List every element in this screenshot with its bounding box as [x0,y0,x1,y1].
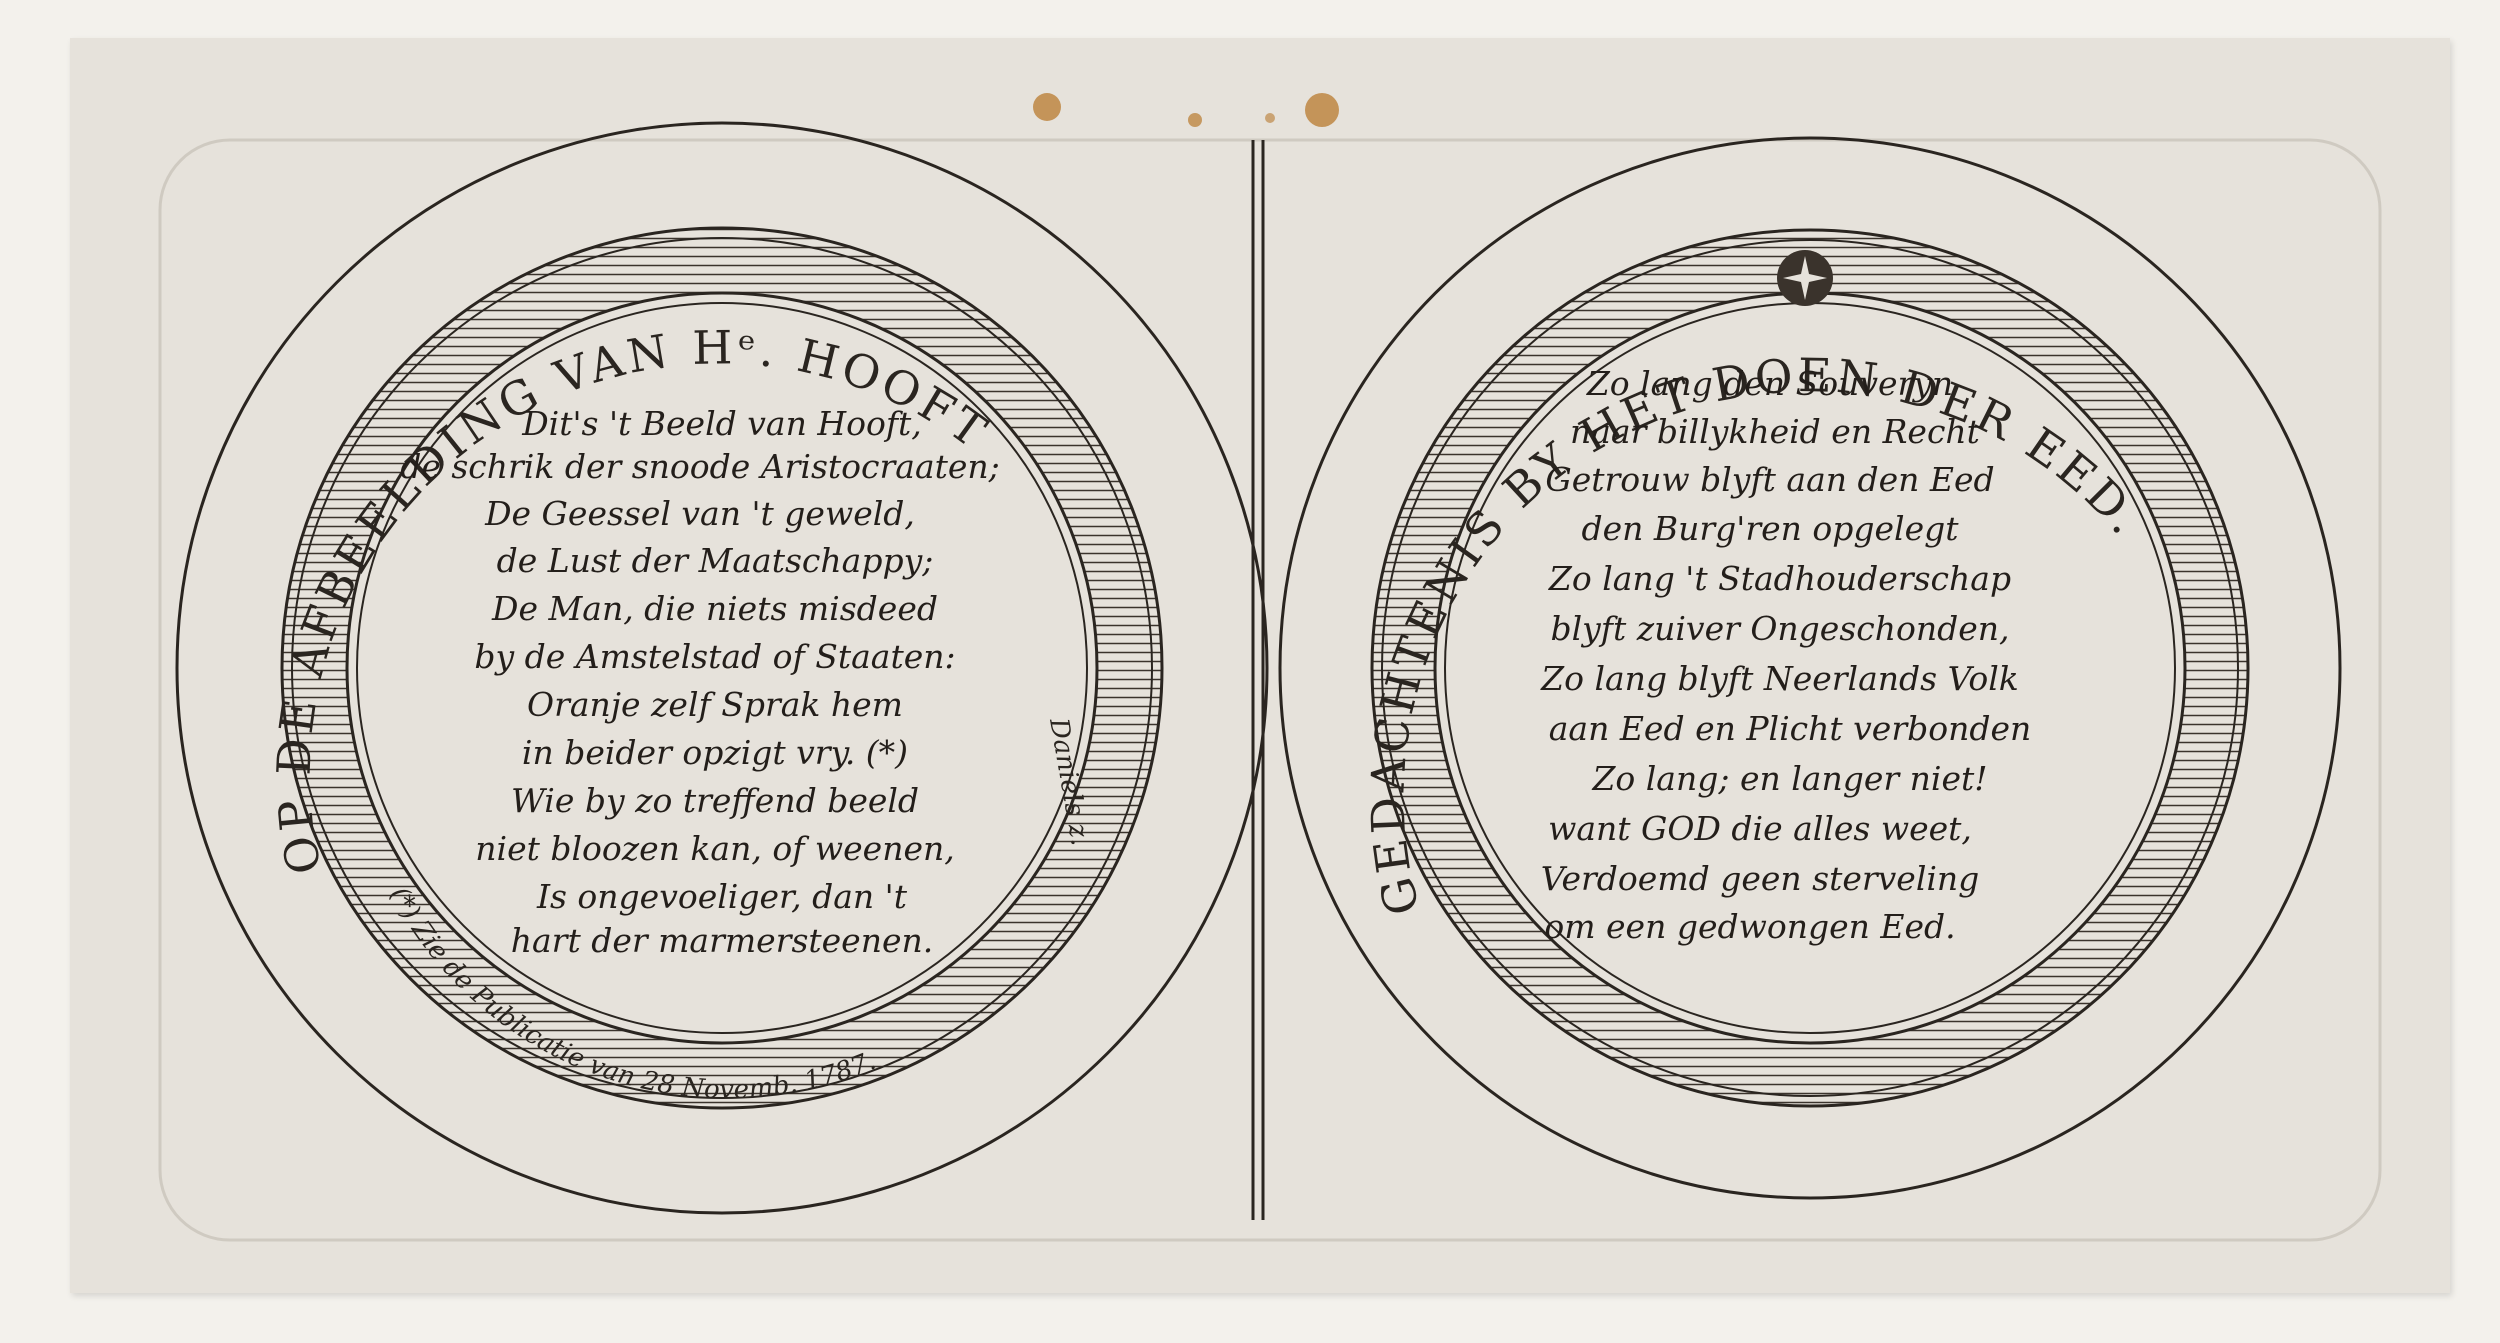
verse-line: om een gedwongen Eed. [1544,907,1955,946]
verse-line: niet bloozen kan, of weenen, [475,829,954,868]
right-medallion: GEDACHTENIS BY HET DOEN DER EED. Zo lang… [1280,138,2340,1198]
verse-line: Getrouw blyft aan den Eed [1545,460,1994,499]
verse-line: aan Eed en Plicht verbonden [1549,709,2032,748]
verse-line: Is ongevoeliger, dan 't [536,877,908,916]
verse-line: naar billykheid en Recht [1570,412,1981,451]
verse-line: by de Amstelstad of Staaten: [474,637,955,676]
verse-line: de schrik der snoode Aristocraaten; [400,447,1000,486]
verse-line: Zo lang blyft Neerlands Volk [1540,659,2019,698]
verse-line: want GOD die alles weet, [1548,809,1972,848]
verse-line: Zo lang 't Stadhouderschap [1548,559,2011,598]
engraving: OP DE AFBEELDING VAN Hᵉ. HOOFT (*) Zie d… [0,0,2500,1343]
verse-line: hart der marmersteenen. [511,921,934,960]
foxing-stains [1033,93,1339,127]
verse-line: De Geessel van 't geweld, [484,494,915,533]
verse-line: Oranje zelf Sprak hem [527,685,903,724]
verse-line: in beider opzigt vry. (*) [522,733,908,772]
verse-line: den Burg'ren opgelegt [1581,509,1959,548]
verse-line: blyft zuiver Ongeschonden, [1550,609,2009,648]
verse-line: Verdoemd geen sterveling [1541,859,1980,898]
center-divider [1253,140,1263,1220]
verse-line: de Lust der Maatschappy; [497,541,934,580]
verse-line: Wie by zo treffend beeld [511,781,919,820]
verse-line: Zo lang den Souveryn [1586,364,1953,403]
verse-line: Dit's 't Beeld van Hooft, [521,404,922,443]
verse-line: De Man, die niets misdeed [491,589,938,628]
print-stage: OP DE AFBEELDING VAN Hᵉ. HOOFT (*) Zie d… [0,0,2500,1343]
left-medallion: OP DE AFBEELDING VAN Hᵉ. HOOFT (*) Zie d… [177,123,1267,1213]
rosette-icon [1777,250,1833,306]
verse-line: Zo lang; en langer niet! [1591,759,1987,798]
